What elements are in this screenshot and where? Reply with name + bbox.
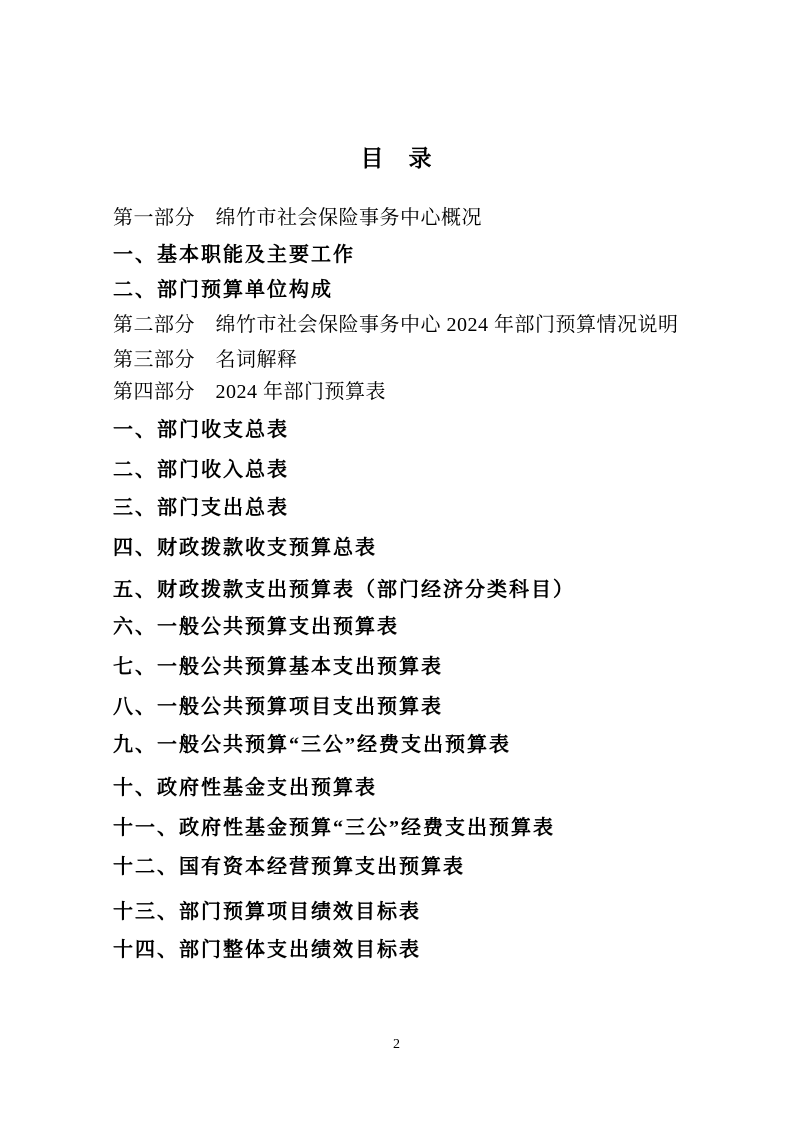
toc-entry-table-4: 四、财政拨款收支预算总表 — [113, 538, 793, 558]
toc-entry-table-7: 七、一般公共预算基本支出预算表 — [113, 657, 793, 677]
page-number: 2 — [393, 1037, 400, 1052]
toc-entry-table-14: 十四、部门整体支出绩效目标表 — [113, 940, 793, 960]
toc-entry-table-10: 十、政府性基金支出预算表 — [113, 778, 793, 798]
toc-entry-item-1: 一、基本职能及主要工作 — [113, 245, 793, 265]
table-of-contents: 第一部分 绵竹市社会保险事务中心概况 一、基本职能及主要工作 二、部门预算单位构… — [0, 208, 793, 960]
toc-entry-table-5: 五、财政拨款支出预算表（部门经济分类科目） — [113, 580, 793, 600]
toc-entry-table-8: 八、一般公共预算项目支出预算表 — [113, 697, 793, 717]
toc-entry-table-1: 一、部门收支总表 — [113, 420, 793, 440]
toc-entry-table-9: 九、一般公共预算“三公”经费支出预算表 — [113, 735, 793, 755]
toc-entry-part-2: 第二部分 绵竹市社会保险事务中心 2024 年部门预算情况说明 — [113, 315, 793, 335]
toc-entry-part-1: 第一部分 绵竹市社会保险事务中心概况 — [113, 208, 793, 228]
toc-entry-table-3: 三、部门支出总表 — [113, 498, 793, 518]
toc-entry-table-12: 十二、国有资本经营预算支出预算表 — [113, 857, 793, 877]
document-page: 目 录 第一部分 绵竹市社会保险事务中心概况 一、基本职能及主要工作 二、部门预… — [0, 0, 793, 1122]
toc-entry-item-2: 二、部门预算单位构成 — [113, 280, 793, 300]
page-footer: 2 — [0, 1037, 793, 1053]
toc-entry-table-6: 六、一般公共预算支出预算表 — [113, 617, 793, 637]
toc-entry-table-2: 二、部门收入总表 — [113, 460, 793, 480]
toc-entry-table-13: 十三、部门预算项目绩效目标表 — [113, 902, 793, 922]
toc-entry-part-4: 第四部分 2024 年部门预算表 — [113, 382, 793, 402]
toc-entry-part-3: 第三部分 名词解释 — [113, 350, 793, 370]
toc-entry-table-11: 十一、政府性基金预算“三公”经费支出预算表 — [113, 818, 793, 838]
document-title: 目 录 — [0, 145, 793, 171]
